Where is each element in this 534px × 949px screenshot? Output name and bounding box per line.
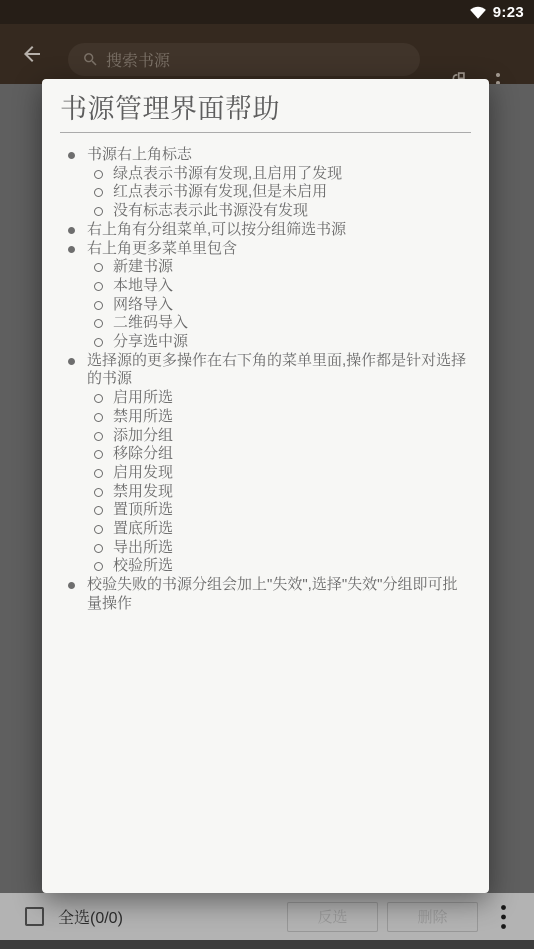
help-item-text: 校验所选 — [113, 557, 471, 576]
selection-more-button[interactable] — [492, 902, 514, 932]
select-all-label[interactable]: 全选(0/0) — [58, 905, 123, 928]
help-item-text: 右上角有分组菜单,可以按分组筛选书源 — [87, 221, 471, 240]
bullet-hollow-icon — [94, 501, 113, 515]
bullet-filled-icon — [68, 221, 87, 234]
bullet-hollow-icon — [94, 183, 113, 197]
help-item: 右上角更多菜单里包含 — [60, 240, 471, 259]
help-item-text: 没有标志表示此书源没有发现 — [113, 202, 471, 221]
help-item: 禁用发现 — [60, 483, 471, 502]
arrow-left-icon — [20, 42, 44, 66]
bullet-hollow-icon — [94, 464, 113, 478]
help-item-text: 置底所选 — [113, 520, 471, 539]
help-item-text: 禁用所选 — [113, 408, 471, 427]
bullet-hollow-icon — [94, 165, 113, 179]
bullet-hollow-icon — [94, 427, 113, 441]
help-item-text: 分享选中源 — [113, 333, 471, 352]
help-item: 导出所选 — [60, 539, 471, 558]
bullet-hollow-icon — [94, 314, 113, 328]
search-input[interactable]: 搜索书源 — [68, 43, 420, 76]
help-item-text: 绿点表示书源有发现,且启用了发现 — [113, 165, 471, 184]
help-item-text: 移除分组 — [113, 445, 471, 464]
back-button[interactable] — [18, 40, 46, 68]
bullet-filled-icon — [68, 352, 87, 365]
help-item-text: 右上角更多菜单里包含 — [87, 240, 471, 259]
bullet-filled-icon — [68, 576, 87, 589]
help-dialog: 书源管理界面帮助 书源右上角标志绿点表示书源有发现,且启用了发现红点表示书源有发… — [42, 79, 489, 893]
help-item: 书源右上角标志 — [60, 146, 471, 165]
more-vert-icon — [500, 904, 507, 930]
wifi-icon — [469, 4, 487, 20]
help-item: 置底所选 — [60, 520, 471, 539]
help-item: 禁用所选 — [60, 408, 471, 427]
help-item-text: 选择源的更多操作在右下角的菜单里面,操作都是针对选择的书源 — [87, 352, 471, 389]
help-item: 新建书源 — [60, 258, 471, 277]
bullet-filled-icon — [68, 240, 87, 253]
status-bar: 9:23 — [0, 0, 534, 24]
help-item-text: 本地导入 — [113, 277, 471, 296]
bottom-action-bar: 全选(0/0) 反选 删除 — [0, 893, 534, 940]
bullet-hollow-icon — [94, 557, 113, 571]
clock-text: 9:23 — [493, 4, 524, 21]
help-item-text: 网络导入 — [113, 296, 471, 315]
help-item-text: 导出所选 — [113, 539, 471, 558]
search-placeholder-text: 搜索书源 — [106, 48, 170, 71]
help-item-text: 校验失败的书源分组会加上"失效",选择"失效"分组即可批量操作 — [87, 576, 471, 613]
help-item: 绿点表示书源有发现,且启用了发现 — [60, 165, 471, 184]
help-item-text: 启用所选 — [113, 389, 471, 408]
help-item: 红点表示书源有发现,但是未启用 — [60, 183, 471, 202]
bullet-hollow-icon — [94, 202, 113, 216]
bullet-hollow-icon — [94, 539, 113, 553]
help-item: 二维码导入 — [60, 314, 471, 333]
toolbar: 搜索书源 — [0, 24, 534, 84]
help-item: 启用发现 — [60, 464, 471, 483]
bullet-hollow-icon — [94, 483, 113, 497]
dialog-title: 书源管理界面帮助 — [60, 92, 471, 126]
help-item: 右上角有分组菜单,可以按分组筛选书源 — [60, 221, 471, 240]
help-item: 本地导入 — [60, 277, 471, 296]
bullet-hollow-icon — [94, 296, 113, 310]
delete-button[interactable]: 删除 — [387, 902, 478, 932]
help-item-text: 添加分组 — [113, 427, 471, 446]
help-item: 启用所选 — [60, 389, 471, 408]
help-item: 分享选中源 — [60, 333, 471, 352]
help-item-text: 红点表示书源有发现,但是未启用 — [113, 183, 471, 202]
bullet-hollow-icon — [94, 445, 113, 459]
bullet-filled-icon — [68, 146, 87, 159]
book-source-manager-screen: 9:23 搜索书源 — [0, 0, 534, 949]
bullet-hollow-icon — [94, 520, 113, 534]
bottom-bar-actions: 反选 删除 — [287, 902, 514, 932]
bullet-hollow-icon — [94, 333, 113, 347]
bullet-hollow-icon — [94, 408, 113, 422]
help-item-text: 置顶所选 — [113, 501, 471, 520]
magnifier-icon — [82, 51, 99, 68]
select-all-checkbox[interactable] — [25, 907, 44, 926]
bullet-hollow-icon — [94, 258, 113, 272]
navigation-bar-strip — [0, 940, 534, 949]
help-item: 没有标志表示此书源没有发现 — [60, 202, 471, 221]
help-item-text: 启用发现 — [113, 464, 471, 483]
help-item: 添加分组 — [60, 427, 471, 446]
help-item-text: 二维码导入 — [113, 314, 471, 333]
bullet-hollow-icon — [94, 389, 113, 403]
invert-selection-button[interactable]: 反选 — [287, 902, 378, 932]
title-divider — [60, 132, 471, 133]
help-item: 网络导入 — [60, 296, 471, 315]
help-item: 置顶所选 — [60, 501, 471, 520]
help-list: 书源右上角标志绿点表示书源有发现,且启用了发现红点表示书源有发现,但是未启用没有… — [60, 146, 471, 614]
help-item: 校验失败的书源分组会加上"失效",选择"失效"分组即可批量操作 — [60, 576, 471, 613]
help-item: 校验所选 — [60, 557, 471, 576]
help-item-text: 新建书源 — [113, 258, 471, 277]
help-item: 移除分组 — [60, 445, 471, 464]
help-item: 选择源的更多操作在右下角的菜单里面,操作都是针对选择的书源 — [60, 352, 471, 389]
bullet-hollow-icon — [94, 277, 113, 291]
help-item-text: 禁用发现 — [113, 483, 471, 502]
help-item-text: 书源右上角标志 — [87, 146, 471, 165]
